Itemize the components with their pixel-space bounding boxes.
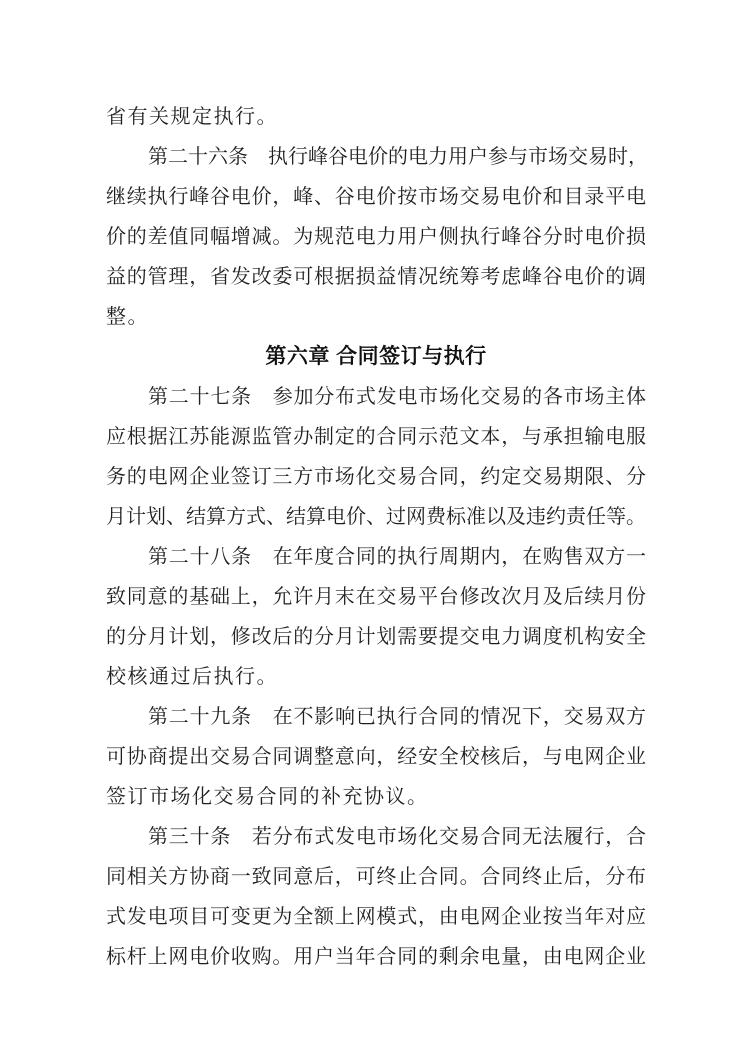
- text-line: 继续执行峰谷电价，峰、谷电价按市场交易电价和目录平电: [106, 177, 646, 217]
- text-line: 月计划、结算方式、结算电价、过网费标准以及违约责任等。: [106, 497, 646, 537]
- text-line: 的分月计划，修改后的分月计划需要提交电力调度机构安全: [106, 617, 646, 657]
- chapter-heading: 第六章 合同签订与执行: [106, 337, 646, 377]
- text-line: 整。: [106, 297, 646, 337]
- text-line: 应根据江苏能源监管办制定的合同示范文本，与承担输电服: [106, 417, 646, 457]
- text-line: 签订市场化交易合同的补充协议。: [106, 777, 646, 817]
- text-line: 校核通过后执行。: [106, 657, 646, 697]
- text-line: 第二十九条 在不影响已执行合同的情况下，交易双方: [106, 697, 646, 737]
- document-page: 省有关规定执行。 第二十六条 执行峰谷电价的电力用户参与市场交易时， 继续执行峰…: [0, 0, 750, 1060]
- text-line: 价的差值同幅增减。为规范电力用户侧执行峰谷分时电价损: [106, 217, 646, 257]
- text-line: 可协商提出交易合同调整意向，经安全校核后，与电网企业: [106, 737, 646, 777]
- text-line: 第二十六条 执行峰谷电价的电力用户参与市场交易时，: [106, 137, 646, 177]
- text-line: 省有关规定执行。: [106, 97, 646, 137]
- document-text-block: 省有关规定执行。 第二十六条 执行峰谷电价的电力用户参与市场交易时， 继续执行峰…: [106, 97, 646, 977]
- text-line: 致同意的基础上，允许月末在交易平台修改次月及后续月份: [106, 577, 646, 617]
- text-line: 同相关方协商一致同意后，可终止合同。合同终止后，分布: [106, 857, 646, 897]
- text-line: 第三十条 若分布式发电市场化交易合同无法履行，合: [106, 817, 646, 857]
- text-line: 式发电项目可变更为全额上网模式，由电网企业按当年对应: [106, 897, 646, 937]
- text-line: 标杆上网电价收购。用户当年合同的剩余电量，由电网企业: [106, 937, 646, 977]
- text-line: 务的电网企业签订三方市场化交易合同，约定交易期限、分: [106, 457, 646, 497]
- text-line: 益的管理，省发改委可根据损益情况统筹考虑峰谷电价的调: [106, 257, 646, 297]
- text-line: 第二十八条 在年度合同的执行周期内，在购售双方一: [106, 537, 646, 577]
- text-line: 第二十七条 参加分布式发电市场化交易的各市场主体: [106, 377, 646, 417]
